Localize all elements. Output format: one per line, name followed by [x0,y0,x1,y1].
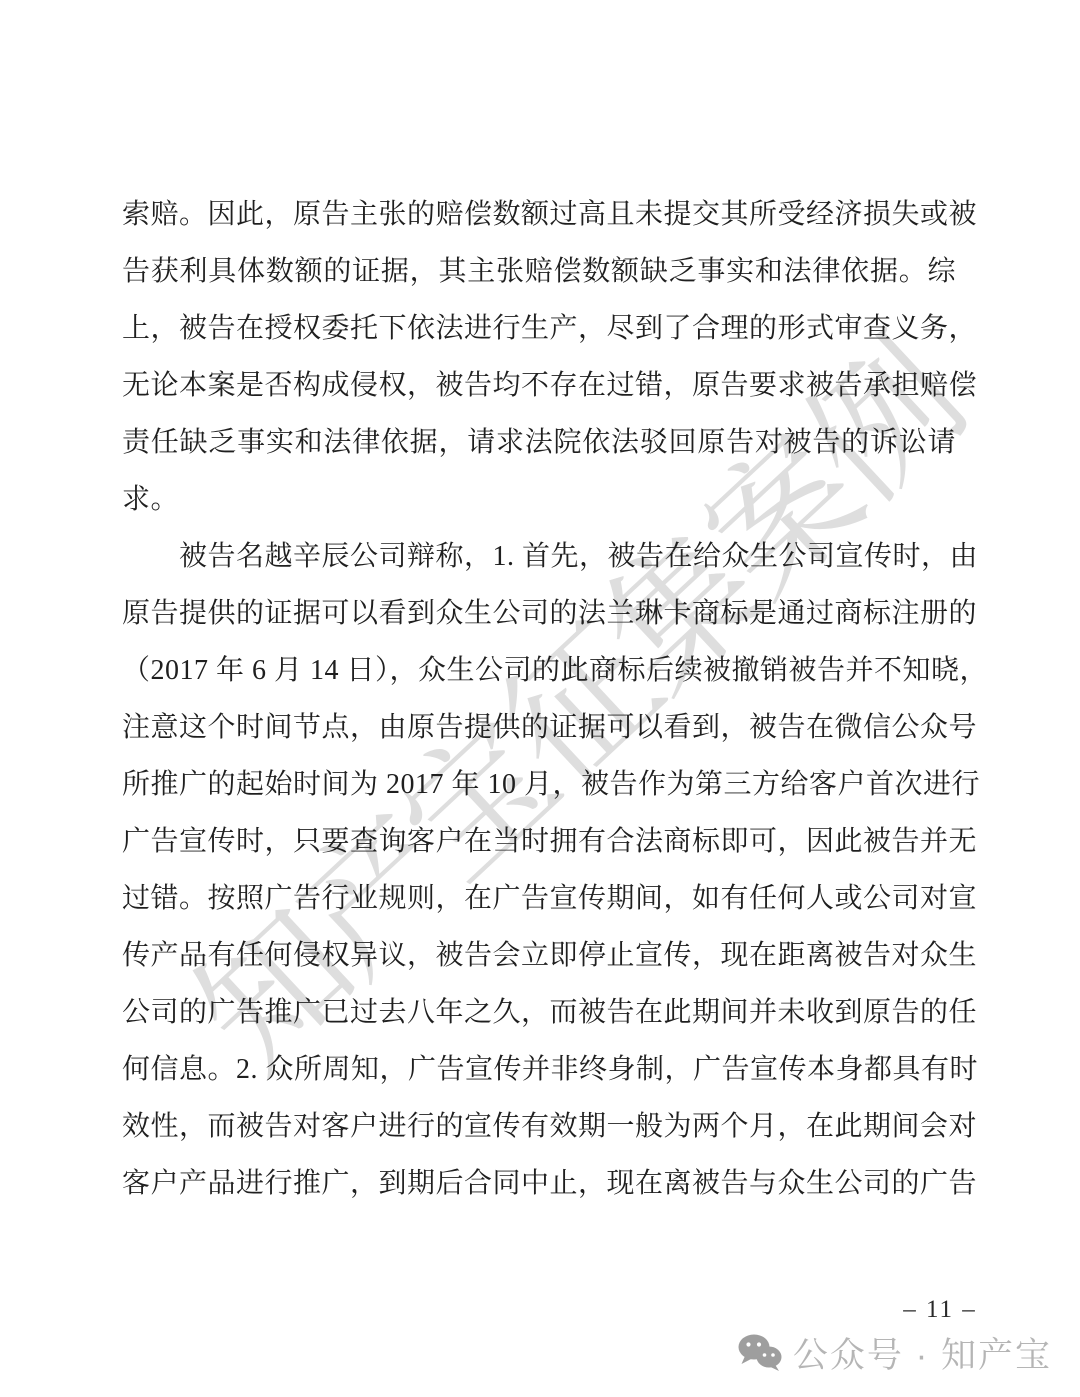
document-page: 知产宝征集案例 索赔。因此，原告主张的赔偿数额过高且未提交其所受经济损失或被 告… [0,0,1080,1397]
document-line: 被告名越辛辰公司辩称，1. 首先，被告在给众生公司宣传时，由 [122,528,956,585]
wechat-icon [737,1333,783,1373]
document-body: 索赔。因此，原告主张的赔偿数额过高且未提交其所受经济损失或被 告获利具体数额的证… [122,186,956,1212]
document-line: 无论本案是否构成侵权，被告均不存在过错，原告要求被告承担赔偿 [122,357,956,414]
document-line: 公司的广告推广已过去八年之久，而被告在此期间并未收到原告的任 [122,984,956,1041]
document-line: （2017 年 6 月 14 日），众生公司的此商标后续被撤销被告并不知晓， [122,642,956,699]
document-line: 责任缺乏事实和法律依据，请求法院依法驳回原告对被告的诉讼请 [122,414,956,471]
document-line: 上，被告在授权委托下依法进行生产，尽到了合理的形式审查义务， [122,300,956,357]
document-line: 效性，而被告对客户进行的宣传有效期一般为两个月，在此期间会对 [122,1098,956,1155]
document-line: 求。 [122,471,956,528]
document-line: 索赔。因此，原告主张的赔偿数额过高且未提交其所受经济损失或被 [122,186,956,243]
footer-brand-label: 公众号 · 知产宝 [793,1328,1052,1378]
footer-brand: 公众号 · 知产宝 [737,1328,1052,1378]
page-number: – 11 – [870,1296,1010,1324]
document-line: 何信息。2. 众所周知，广告宣传并非终身制，广告宣传本身都具有时 [122,1041,956,1098]
document-line: 传产品有任何侵权异议，被告会立即停止宣传，现在距离被告对众生 [122,927,956,984]
document-line: 注意这个时间节点，由原告提供的证据可以看到，被告在微信公众号 [122,699,956,756]
document-line: 原告提供的证据可以看到众生公司的法兰琳卡商标是通过商标注册的 [122,585,956,642]
document-line: 广告宣传时，只要查询客户在当时拥有合法商标即可，因此被告并无 [122,813,956,870]
document-line: 客户产品进行推广，到期后合同中止，现在离被告与众生公司的广告 [122,1155,956,1212]
document-line: 告获利具体数额的证据，其主张赔偿数额缺乏事实和法律依据。综 [122,243,956,300]
document-line: 过错。按照广告行业规则，在广告宣传期间，如有任何人或公司对宣 [122,870,956,927]
document-line: 所推广的起始时间为 2017 年 10 月，被告作为第三方给客户首次进行 [122,756,956,813]
